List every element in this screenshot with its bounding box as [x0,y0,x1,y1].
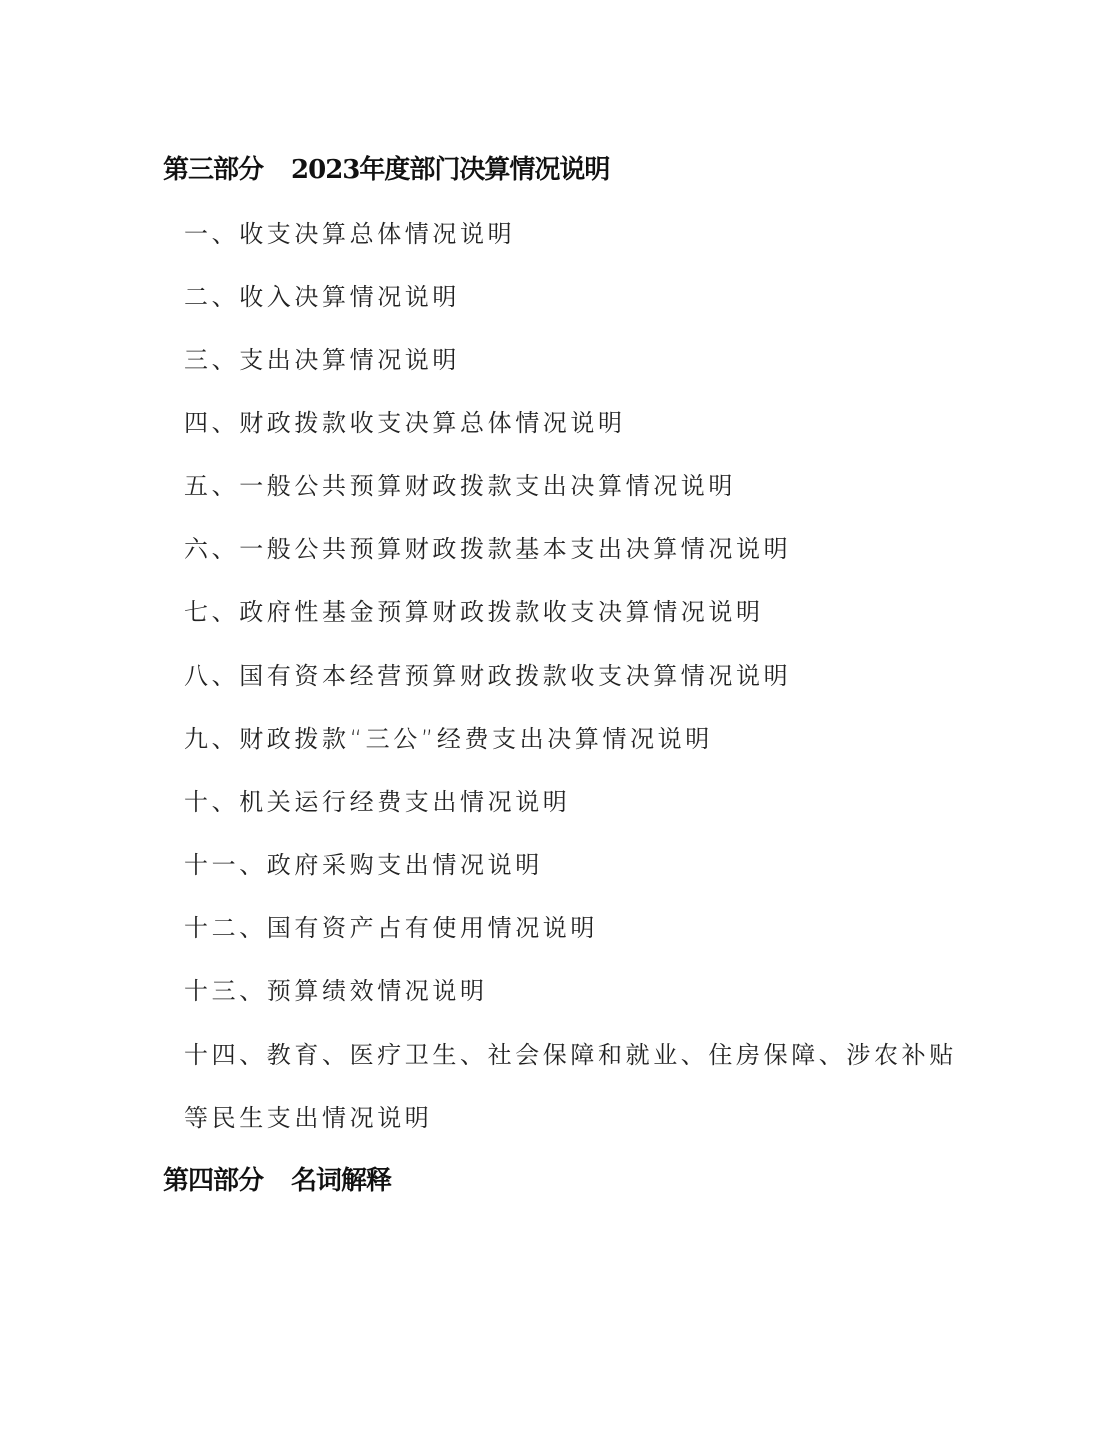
toc-item-9: 九、财政拨款“三公”经费支出决算情况说明 [184,724,713,754]
toc-item-4: 四、财政拨款收支决算总体情况说明 [184,408,626,438]
toc-item-6: 六、一般公共预算财政拨款基本支出决算情况说明 [184,534,791,564]
toc-item-3: 三、支出决算情况说明 [184,345,460,375]
toc-item-8: 八、国有资本经营预算财政拨款收支决算情况说明 [184,661,791,691]
toc-item-5: 五、一般公共预算财政拨款支出决算情况说明 [184,471,736,501]
toc-item-10: 十、机关运行经费支出情况说明 [184,787,570,817]
toc-item-14-continued: 等民生支出情况说明 [184,1103,432,1133]
part3-title: 2023年度部门决算情况说明 [291,155,609,185]
part3-heading: 第三部分2023年度部门决算情况说明 [163,155,609,185]
toc-item-11: 十一、政府采购支出情况说明 [184,850,543,880]
part4-heading: 第四部分名词解释 [163,1166,391,1196]
toc-item-13: 十三、预算绩效情况说明 [184,976,488,1006]
part3-label: 第三部分 [163,155,263,185]
toc-item-1: 一、收支决算总体情况说明 [184,219,515,249]
toc-item-7: 七、政府性基金预算财政拨款收支决算情况说明 [184,597,764,627]
toc-item-14: 十四、教育、医疗卫生、社会保障和就业、住房保障、涉农补贴 [184,1040,957,1070]
toc-item-2: 二、收入决算情况说明 [184,282,460,312]
toc-item-12: 十二、国有资产占有使用情况说明 [184,913,598,943]
part4-title: 名词解释 [291,1166,391,1196]
document-page: 第三部分2023年度部门决算情况说明 一、收支决算总体情况说明 二、收入决算情况… [0,0,1105,1430]
part4-label: 第四部分 [163,1166,263,1196]
